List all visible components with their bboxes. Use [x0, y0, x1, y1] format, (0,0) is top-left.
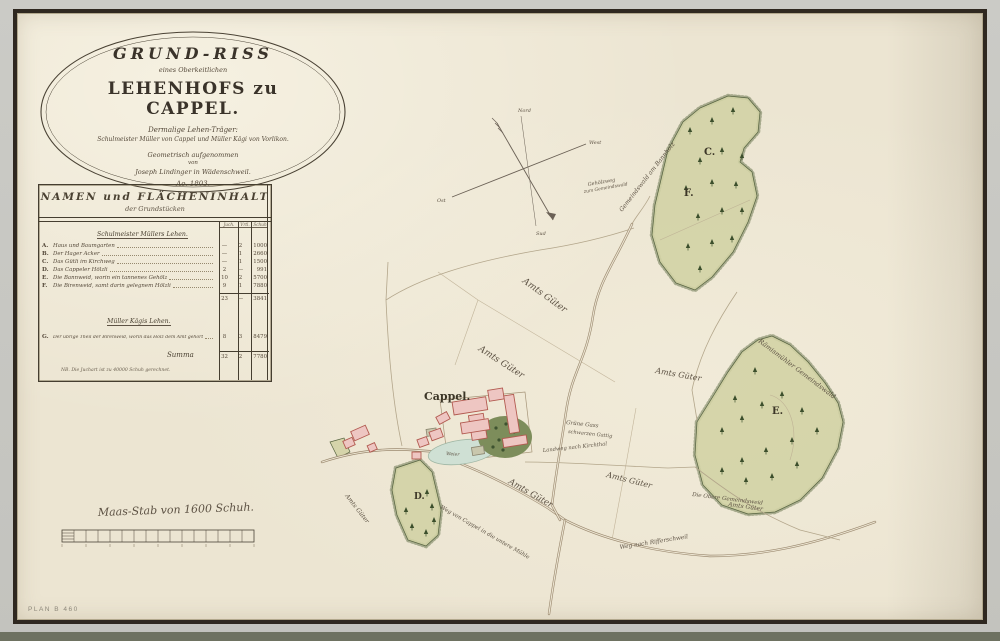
subtotal-vrtl: — — [234, 296, 247, 302]
subtotal-schuh: 3841 — [247, 296, 269, 302]
section1-heading: Schulmeister Müllers Lehen. — [97, 231, 188, 239]
spacer — [55, 356, 213, 359]
table-row: B. Der Hager Acker — 1 2660 — [39, 250, 269, 257]
compass-east-label: Ost — [437, 198, 447, 204]
scale-bar-ticks — [62, 544, 254, 547]
row-juch: — — [215, 251, 234, 257]
table-row: F. Die Birenweid, samt darin gelegnem Hö… — [39, 282, 269, 289]
cartouche-subtitle: eines Oberkeitlichen — [58, 66, 328, 74]
forest-d — [392, 460, 441, 546]
row-vrtl: 3 — [234, 334, 247, 340]
row-name: Das Gütli im Kirchweg — [53, 259, 115, 265]
row-schuh: 1500 — [247, 259, 269, 265]
row-vrtl: — — [234, 267, 247, 273]
field-note-label: schwarzen Gattig — [568, 429, 613, 440]
row-letter: C. — [39, 259, 53, 265]
row-vrtl: 1 — [234, 283, 247, 289]
dotted-leader — [117, 244, 213, 248]
area-letter-d: D. — [414, 492, 425, 502]
row-letter: F. — [39, 283, 53, 289]
compass-rose: Nord Sud West Ost — [437, 108, 602, 237]
dotted-leader — [205, 335, 213, 339]
scanned-map-page: Nord Sud West Ost Maas-Stab von 1600 Sch… — [0, 0, 1000, 641]
pond-label: Weier — [446, 451, 461, 458]
table-row-g: G. Der übrige Theil der Birenweid, worin… — [39, 333, 269, 340]
spacer — [55, 298, 213, 301]
row-juch: 2 — [215, 267, 234, 273]
table-subtitle: der Grundstücken — [39, 205, 271, 213]
cartouche-holders: Schulmeister Müller von Cappel und Mülle… — [58, 136, 328, 143]
dotted-leader — [102, 252, 213, 256]
row-letter: B. — [39, 251, 53, 257]
compass-arrowhead — [546, 212, 556, 220]
village-label: Cappel. — [424, 390, 470, 403]
amts-gueter-label: Amts Güter — [654, 366, 704, 383]
summa-row: 32 2 7780 — [39, 353, 269, 360]
col-header-vrtl: Vrtl. — [239, 222, 251, 228]
road-kirch-label: Landweg nach Kirchthal — [542, 441, 608, 454]
table-row: E. Die Bannweid, worin ein tannenes Gehö… — [39, 274, 269, 281]
dotted-leader — [110, 268, 213, 272]
row-juch: — — [215, 259, 234, 265]
col-header-juch: Juch. — [220, 222, 238, 228]
row-name: Der übrige Theil der Birenweid, worin da… — [53, 335, 203, 340]
scale-bar-label: Maas-Stab von 1600 Schuh. — [97, 501, 255, 519]
table-row: D. Das Cappeler Hölzli 2 — 991 — [39, 266, 269, 273]
summa-vrtl: 2 — [234, 354, 247, 360]
row-name: Die Birenweid, samt darin gelegnem Hölzl… — [53, 283, 171, 289]
row-letter: G. — [39, 334, 53, 340]
summa-rule — [219, 351, 269, 352]
table-title: NAMEN und FLÄCHENINHALT — [39, 191, 271, 203]
road-muehle-label: Weg von Cappel in die untere Mühle — [439, 505, 531, 562]
subtotal-row: 23 — 3841 — [39, 295, 269, 302]
archive-stamp: PLAN B 460 — [28, 606, 79, 613]
row-schuh: 5700 — [247, 275, 269, 281]
row-juch: 10 — [215, 275, 234, 281]
row-schuh: 8479 — [247, 334, 269, 340]
row-letter: D. — [39, 267, 53, 273]
dotted-leader — [117, 260, 213, 264]
cartouche-surveyed: Geometrisch aufgenommen — [58, 151, 328, 159]
amts-gueter-label: Amts Güter — [476, 344, 527, 382]
cartouche-title: GRUND-RISS — [58, 44, 328, 63]
row-schuh: 1000 — [247, 243, 269, 249]
section2-heading: Müller Kägis Lehen. — [107, 318, 171, 326]
row-name: Die Bannweid, worin ein tannenes Gehölz — [53, 275, 167, 281]
subtotal-juch: 23 — [215, 296, 234, 302]
compass-north-label: Nord — [517, 108, 531, 114]
amts-gueter-label: Amts Güter — [605, 470, 654, 491]
row-juch: — — [215, 243, 234, 249]
field-note-label: Grüne Gass — [566, 420, 599, 429]
row-juch: 8 — [215, 334, 234, 340]
area-letter-c: C. — [704, 147, 715, 158]
row-juch: 9 — [215, 283, 234, 289]
table-row: C. Das Gütli im Kirchweg — 1 1500 — [39, 258, 269, 265]
area-table: NAMEN und FLÄCHENINHALT der Grundstücken… — [38, 184, 272, 382]
row-name: Das Cappeler Hölzli — [53, 267, 108, 273]
compass-south-label: Sud — [536, 231, 546, 237]
amts-gueter-label: Amts Güter — [343, 492, 371, 525]
cartouche-surveyor: Joseph Lindinger in Wädenschweil. — [58, 168, 328, 176]
table-footnote: NB. Die Juchart ist zu 40000 Schuh gerec… — [61, 368, 170, 373]
row-vrtl: 2 — [234, 243, 247, 249]
area-letter-f: F. — [684, 188, 694, 199]
row-vrtl: 1 — [234, 251, 247, 257]
forest-east — [695, 336, 843, 514]
row-schuh: 7880 — [247, 283, 269, 289]
cartouche-main-title: LEHENHOFS zu CAPPEL. — [58, 79, 328, 119]
cartouche-surveyed-von: von — [58, 160, 328, 166]
cartouche: GRUND-RISS eines Oberkeitlichen LEHENHOF… — [58, 44, 328, 188]
table-row: A. Haus und Baumgarten — 2 1000 — [39, 242, 269, 249]
cartouche-holders-intro: Dermalige Lehen-Träger: — [58, 126, 328, 134]
dotted-leader — [169, 276, 213, 280]
forest-north — [652, 96, 760, 290]
summa-schuh: 7780 — [247, 354, 269, 360]
scale-bar: Maas-Stab von 1600 Schuh. — [62, 501, 254, 547]
amts-gueter-label: Amts Güter — [519, 276, 569, 316]
row-vrtl: 1 — [234, 259, 247, 265]
row-letter: A. — [39, 243, 53, 249]
summa-juch: 32 — [215, 354, 234, 360]
row-name: Der Hager Acker — [53, 251, 100, 257]
area-letter-e: E. — [772, 406, 783, 417]
amts-gueter-label: Amts Güter — [506, 476, 556, 510]
subtotal-rule — [219, 293, 269, 294]
dotted-leader — [173, 284, 213, 288]
compass-west-label: West — [589, 140, 602, 146]
row-vrtl: 2 — [234, 275, 247, 281]
row-schuh: 991 — [247, 267, 269, 273]
row-letter: E. — [39, 275, 53, 281]
row-name: Haus und Baumgarten — [53, 243, 115, 249]
col-header-schuh: Schuh — [252, 222, 268, 228]
row-schuh: 2660 — [247, 251, 269, 257]
